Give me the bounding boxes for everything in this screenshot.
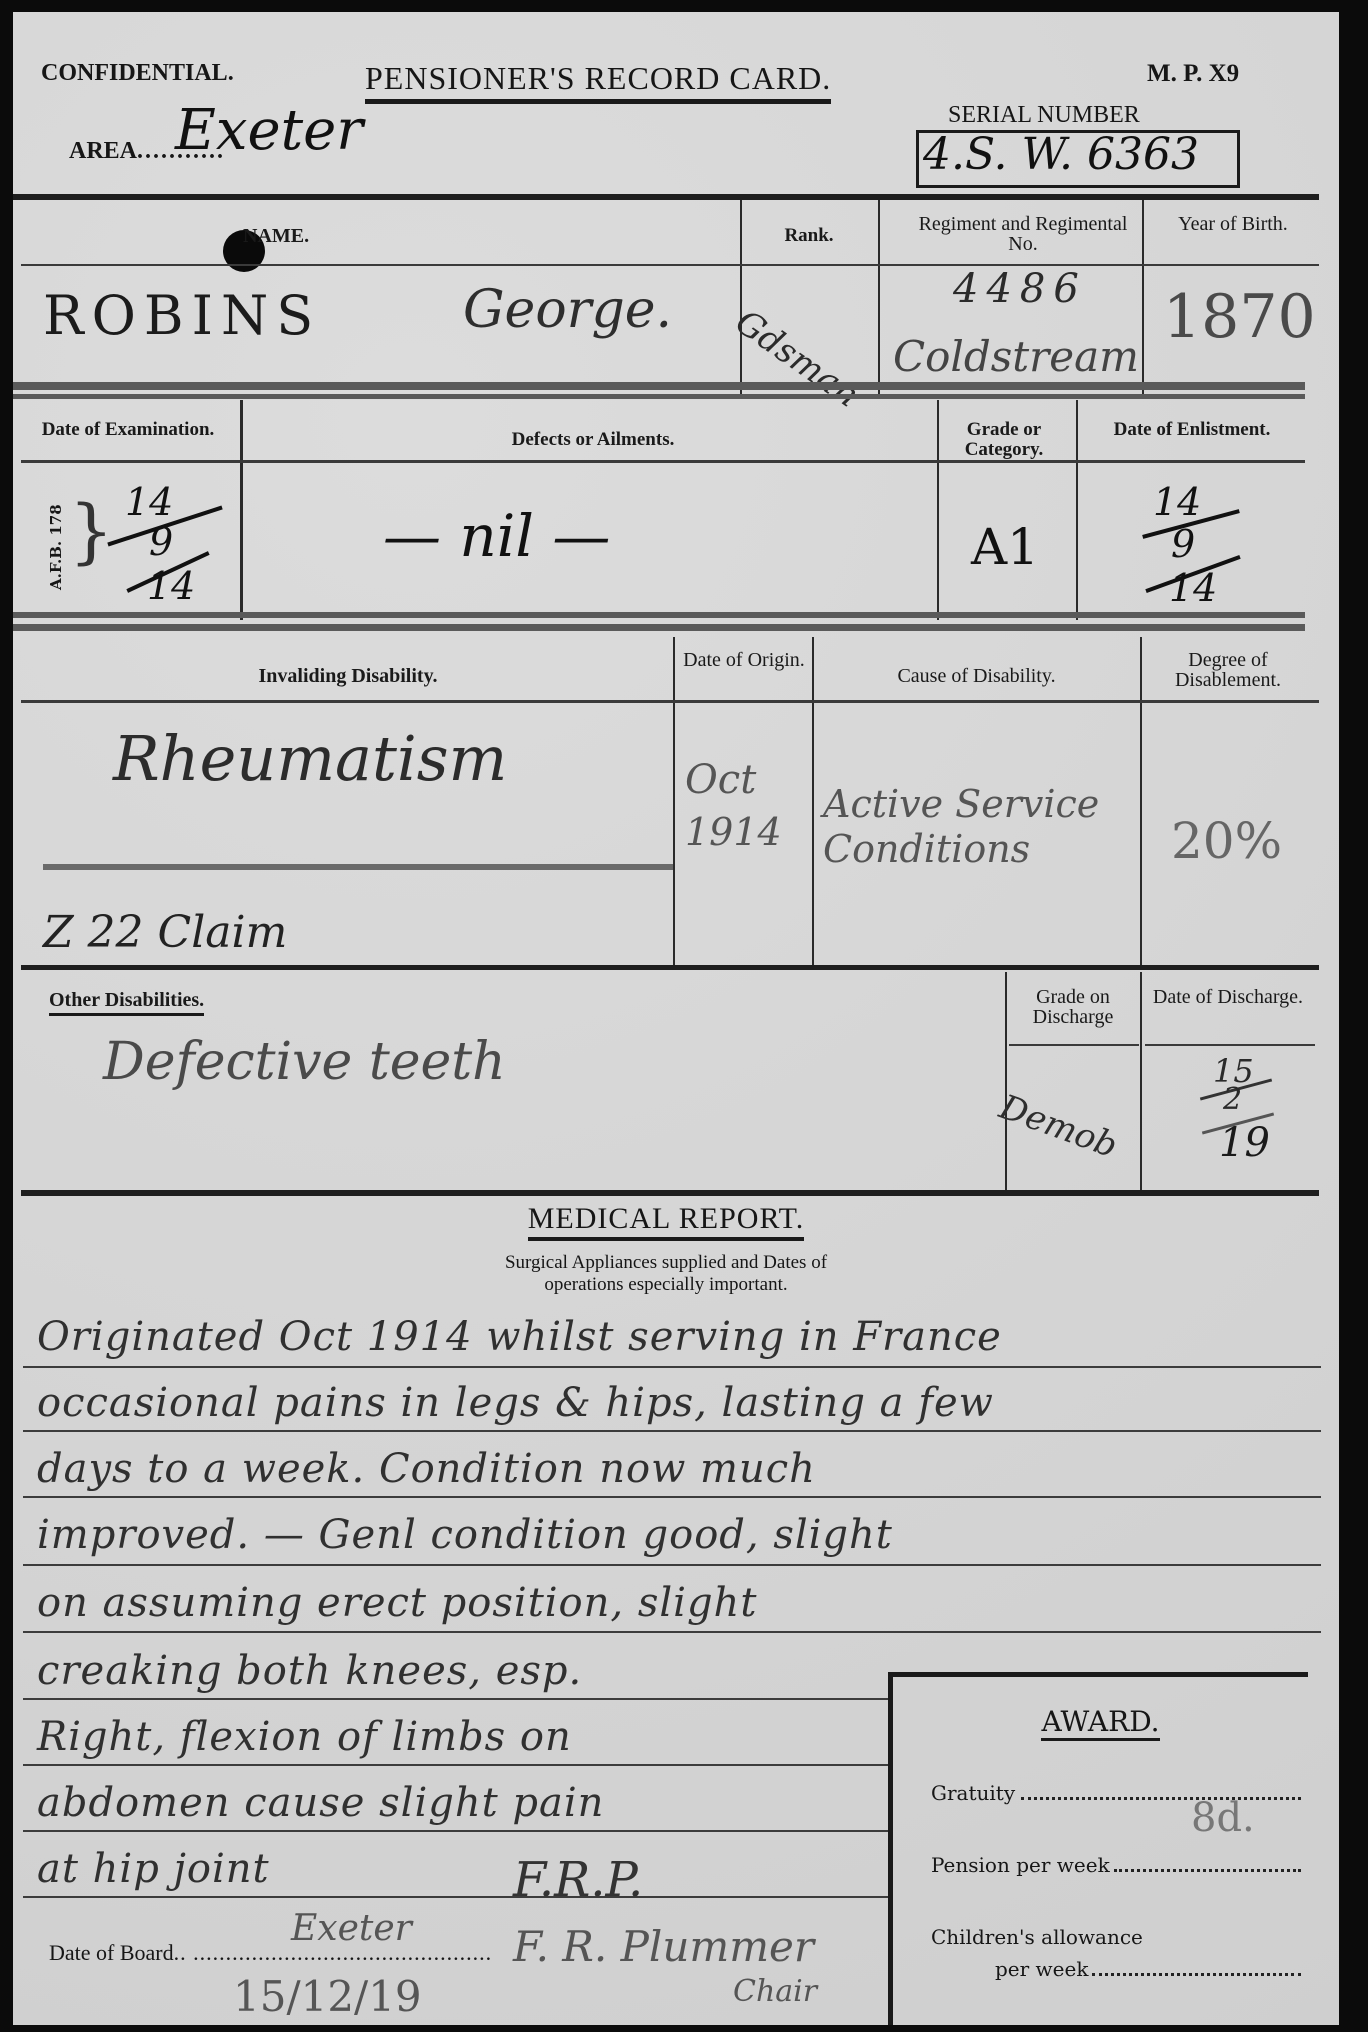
enlistment-day: 14	[1153, 480, 1201, 524]
exam-year: 14	[147, 564, 195, 608]
degree-header: Degree of Disablement.	[1143, 650, 1313, 690]
regimental-number: 4486	[953, 266, 1087, 312]
header-rule	[21, 460, 1305, 463]
date-of-examination-value: 14 9 14	[103, 480, 233, 610]
serial-number-label: SERIAL NUMBER	[948, 102, 1140, 129]
divider	[13, 382, 1305, 390]
column-divider	[812, 637, 814, 965]
year-of-birth: 1870	[1163, 282, 1316, 352]
column-divider	[1142, 200, 1144, 395]
examiner-initials: F.R.P.	[513, 1852, 643, 1908]
defects-header: Defects or Ailments.	[243, 430, 943, 450]
year-of-birth-header: Year of Birth.	[1173, 214, 1293, 234]
regiment-header: Regiment and Regimental No.	[913, 214, 1133, 254]
medical-report-subtitle-1: Surgical Appliances supplied and Dates o…	[13, 1252, 1319, 1274]
medical-report-title: MEDICAL REPORT.	[13, 1202, 1319, 1236]
area-value: Exeter	[175, 98, 363, 163]
medical-report-line: occasional pains in legs & hips, lasting…	[37, 1380, 994, 1426]
date-of-origin-year: 1914	[685, 810, 782, 854]
ruled-line	[23, 1496, 1321, 1498]
cause-header: Cause of Disability.	[813, 666, 1140, 686]
enlistment-year: 14	[1169, 566, 1217, 610]
strikethrough-line	[43, 864, 673, 870]
area-label-text: AREA	[69, 138, 137, 164]
column-divider	[673, 637, 675, 965]
ruled-line	[23, 1896, 893, 1898]
children-allowance-per-week: per week	[995, 1957, 1301, 1981]
ruled-line	[23, 1698, 893, 1700]
cause-value-line2: Conditions	[823, 827, 1030, 871]
rank-header: Rank.	[740, 226, 878, 246]
gratuity-field	[1021, 1781, 1301, 1800]
other-disabilities-label: Other Disabilities.	[49, 990, 289, 1010]
invaliding-disability-header: Invaliding Disability.	[23, 666, 673, 686]
column-divider	[1140, 972, 1142, 1190]
award-title-text: AWARD.	[1041, 1705, 1159, 1741]
confidential-label: CONFIDENTIAL.	[41, 60, 234, 87]
award-title: AWARD.	[893, 1705, 1308, 1738]
date-of-origin-header: Date of Origin.	[675, 650, 813, 670]
medical-report-line: creaking both knees, esp.	[37, 1648, 582, 1694]
ruled-line	[23, 1564, 1321, 1566]
medical-report-line: on assuming erect position, slight	[37, 1580, 757, 1626]
header-rule	[21, 700, 1319, 703]
medical-report-line: improved. — Genl condition good, slight	[37, 1512, 893, 1558]
children-allowance-label: Children's allowance	[931, 1925, 1143, 1949]
exam-month: 9	[149, 520, 173, 564]
pension-value: 8d.	[1191, 1795, 1255, 1841]
pension-field	[1114, 1853, 1301, 1872]
gratuity-label-text: Gratuity	[931, 1781, 1015, 1805]
divider	[13, 624, 1305, 631]
defects-value: — nil —	[383, 502, 610, 570]
invaliding-disability-value: Rheumatism	[113, 722, 507, 795]
forename: George.	[463, 280, 672, 340]
medical-report-line: Right, flexion of limbs on	[37, 1714, 572, 1760]
date-of-enlistment-header: Date of Enlistment.	[1081, 420, 1303, 440]
medical-report-title-text: MEDICAL REPORT.	[528, 1202, 805, 1241]
column-divider	[240, 400, 243, 620]
other-disabilities-value: Defective teeth	[103, 1032, 506, 1092]
column-divider	[1140, 637, 1142, 965]
ruled-line	[23, 1830, 893, 1832]
enlistment-month: 9	[1171, 522, 1195, 566]
date-of-board-label-text: Date of Board	[49, 1940, 174, 1965]
column-divider	[878, 200, 880, 395]
ruled-line	[23, 1631, 1321, 1633]
exam-day: 14	[125, 480, 173, 524]
board-signature-role: Chair	[733, 1974, 817, 2009]
divider	[21, 1190, 1319, 1196]
degree-value: 20%	[1171, 812, 1282, 870]
pensioner-record-card: CONFIDENTIAL. PENSIONER'S RECORD CARD. M…	[13, 12, 1339, 2025]
discharge-year: 19	[1219, 1120, 1270, 1166]
date-of-enlistment-value: 14 9 14	[1133, 480, 1263, 610]
children-allowance-per-week-text: per week	[995, 1957, 1088, 1981]
divider	[21, 965, 1319, 970]
medical-report-subtitle-2: operations especially important.	[13, 1274, 1319, 1296]
form-code: M. P. X9	[1147, 60, 1239, 88]
header-rule	[1009, 1044, 1139, 1046]
ruled-line	[23, 1366, 1321, 1368]
divider	[13, 394, 1305, 399]
board-date: 15/12/19	[233, 1972, 422, 2021]
surname: ROBINS	[43, 284, 321, 347]
invaliding-note: Z 22 Claim	[43, 907, 287, 958]
board-place: Exeter	[291, 1908, 412, 1949]
column-divider	[740, 200, 742, 395]
regiment-name: Coldstream	[893, 332, 1139, 381]
date-of-discharge-header: Date of Discharge.	[1143, 987, 1313, 1007]
header-rule	[1145, 1044, 1315, 1046]
serial-number-box: 4.S. W. 6363	[916, 130, 1240, 188]
date-of-board-label: Date of Board.. ........................…	[49, 1940, 492, 1966]
header-rule	[21, 264, 1319, 266]
afb-178-label: A.F.B. 178	[47, 504, 65, 590]
card-title: PENSIONER'S RECORD CARD.	[365, 60, 831, 97]
grade-header: Grade or Category.	[939, 420, 1069, 460]
children-allowance-field	[1092, 1957, 1301, 1976]
cause-value-line1: Active Service	[823, 782, 1099, 826]
other-disabilities-label-text: Other Disabilities.	[49, 989, 204, 1016]
date-of-origin-month: Oct	[685, 757, 756, 803]
name-header: NAME.	[243, 226, 443, 246]
card-title-text: PENSIONER'S RECORD CARD.	[365, 60, 831, 104]
ruled-line	[23, 1764, 893, 1766]
board-signature: F. R. Plummer	[513, 1922, 814, 1971]
pension-label: Pension per week	[931, 1853, 1301, 1877]
serial-number-value: 4.S. W. 6363	[923, 129, 1199, 180]
grade-on-discharge-value: Demob	[994, 1087, 1122, 1166]
column-divider	[1076, 400, 1078, 620]
ruled-line	[23, 1430, 1321, 1432]
date-of-examination-header: Date of Examination.	[23, 420, 233, 440]
pension-label-text: Pension per week	[931, 1853, 1110, 1877]
medical-report-line: abdomen cause slight pain	[37, 1780, 604, 1826]
column-divider	[937, 400, 939, 620]
medical-report-line: days to a week. Condition now much	[37, 1446, 816, 1492]
divider	[13, 612, 1305, 618]
grade-value: A1	[971, 518, 1039, 576]
medical-report-line: at hip joint	[37, 1846, 270, 1892]
grade-on-discharge-header: Grade on Discharge	[1007, 987, 1139, 1027]
discharge-month: 2	[1223, 1082, 1242, 1117]
award-box: AWARD. Gratuity Pension per week 8d. Chi…	[888, 1672, 1308, 2025]
date-of-discharge-value: 15 2 19	[1193, 1052, 1303, 1182]
divider	[13, 194, 1319, 200]
medical-report-line: Originated Oct 1914 whilst serving in Fr…	[37, 1314, 1002, 1360]
